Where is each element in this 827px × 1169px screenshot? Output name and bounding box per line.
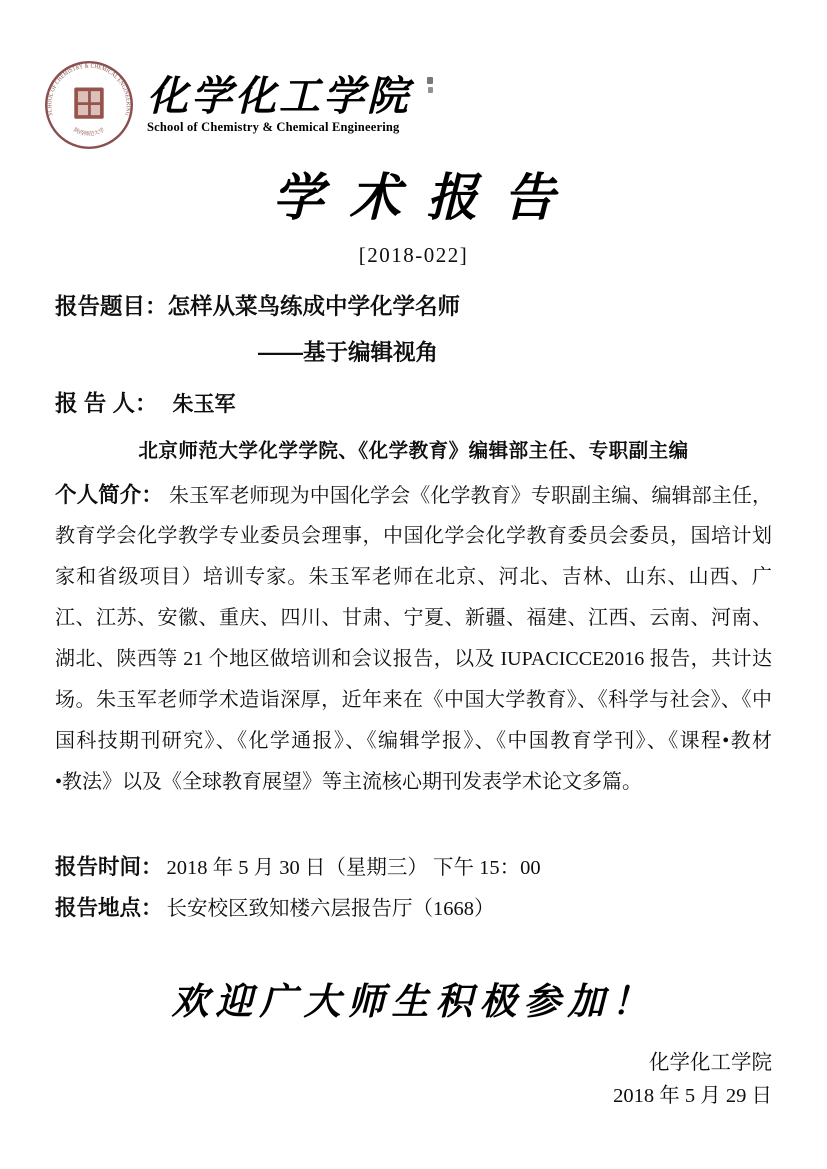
bio-line: 湖北、陕西等 21 个地区做培训和会议报告，以及 IUPACICCE2016 报… — [55, 639, 772, 680]
topic-title: 怎样从菜鸟练成中学化学名师 — [168, 294, 461, 319]
report-notice-page: SCHOOL OF CHEMISTRY & CHEMICAL ENGINEERI… — [0, 0, 827, 1169]
speaker-name: 朱玉军 — [173, 393, 236, 416]
speaker-affiliation: 北京师范大学化学学院、《化学教育》编辑部主任、专职副主编 — [55, 435, 772, 463]
signature-org: 化学化工学院 — [55, 1047, 772, 1080]
signature-date: 2018 年 5 月 29 日 — [55, 1080, 772, 1113]
bio-line: 教育学会化学教学专业委员会理事，中国化学会化学教育委员会委员，国培计划（国 — [55, 516, 772, 557]
bio-line: 家和省级项目）培训专家。朱玉军老师在北京、河北、吉林、山东、山西、广东、浙 — [55, 557, 772, 598]
school-seal-icon: SCHOOL OF CHEMISTRY & CHEMICAL ENGINEERI… — [43, 59, 135, 151]
inscription-mark — [427, 77, 433, 93]
bio-line: 场。朱玉军老师学术造诣深厚，近年来在《中国大学教育》、《科学与社会》、《中 — [55, 680, 772, 721]
bio-line: •教法》以及《全球教育展望》等主流核心期刊发表学术论文多篇。 — [55, 762, 772, 803]
svg-text:陕西师范大学: 陕西师范大学 — [72, 125, 106, 137]
bio-line: 江、江苏、安徽、重庆、四川、甘肃、宁夏、新疆、福建、江西、云南、河南、青海、 — [55, 598, 772, 639]
place-label: 报告地点： — [55, 896, 163, 920]
bio-line: 国科技期刊研究》、《化学通报》、《编辑学报》、《中国教育学刊》、《课程•教材 — [55, 721, 772, 762]
school-name-cn: 化学化工学院 — [147, 75, 411, 118]
topic-label: 报告题目： — [55, 294, 168, 319]
time-value: 2018 年 5 月 30 日（星期三） 下午 15：00 — [167, 857, 541, 879]
school-name-en: School of Chemistry & Chemical Engineeri… — [147, 120, 411, 135]
school-logo: SCHOOL OF CHEMISTRY & CHEMICAL ENGINEERI… — [43, 58, 772, 152]
signature-block: 化学化工学院 2018 年 5 月 29 日 — [55, 1047, 772, 1113]
bio-section: 个人简介：朱玉军老师现为中国化学会《化学教育》专职副主编、编辑部主任，中国 教育… — [55, 475, 772, 803]
welcome-message: 欢迎广大师生积极参加！ — [55, 971, 772, 1025]
doc-number: [2018-022] — [55, 243, 772, 268]
seal-bottom-text: 陕西师范大学 — [72, 125, 106, 137]
topic-subtitle: ——基于编辑视角 — [55, 335, 772, 367]
time-label: 报告时间： — [55, 855, 163, 879]
page-title: 学术报告 — [55, 156, 772, 230]
schedule-section: 报告时间：2018 年 5 月 30 日（星期三） 下午 15：00 报告地点：… — [55, 847, 772, 929]
bio-label: 个人简介： — [55, 483, 163, 507]
speaker-label: 报 告 人： — [55, 391, 158, 416]
place-value: 长安校区致知楼六层报告厅（1668） — [167, 898, 495, 920]
